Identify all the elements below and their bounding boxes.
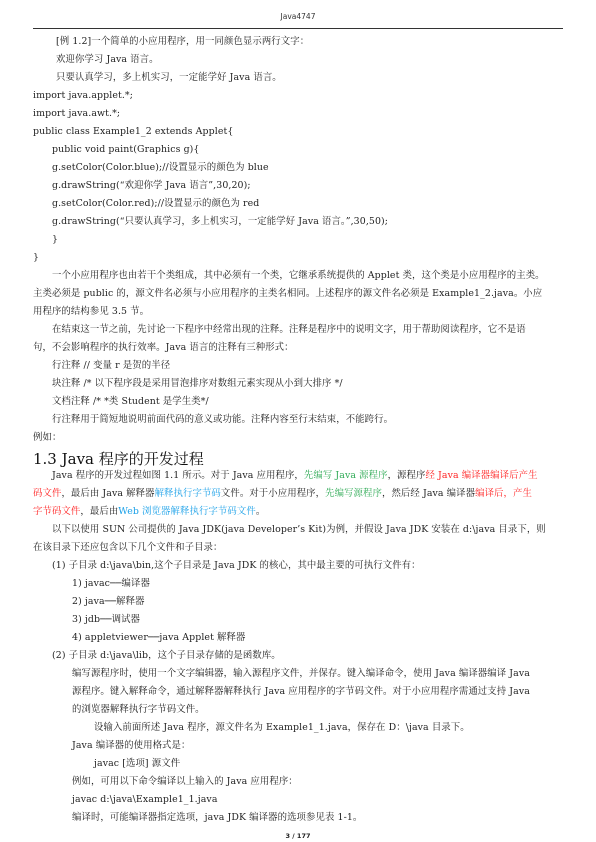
- paragraph-line: 主类必须是 public 的，源文件名必须与小应用程序的主类名相同。上述程序的源…: [33, 288, 542, 300]
- paragraph-line: 设输入前面所述 Java 程序，源文件名为 Example1_1.java，保存…: [94, 722, 470, 734]
- paragraph-line: 例如：: [33, 432, 61, 444]
- comment-example: 块注释 /* 以下程序段是采用冒泡排序对数组元素实现从小到大排序 */: [52, 378, 343, 390]
- code-line: javac [选项] 源文件: [94, 758, 180, 770]
- paragraph-line: 在该目录下还应包含以下几个文件和子目录：: [33, 542, 223, 554]
- page-number: 3 / 177: [0, 832, 596, 840]
- highlight-red: 经 Java 编译器编译后产生: [425, 470, 537, 481]
- list-item: 1) javac──编译器: [72, 578, 150, 590]
- comment-example: 行注释 // 变量 r 是贺的半径: [52, 360, 170, 372]
- code-line: g.drawString(“只要认真学习，多上机实习，一定能学好 Java 语言…: [52, 216, 388, 228]
- paragraph-line: 行注释用于简短地说明前面代码的意义或功能。注释内容至行末结束，不能跨行。: [52, 414, 393, 426]
- comment-example: 文档注释 /* *类 Student 是学生类*/: [52, 396, 209, 408]
- code-line: g.setColor(Color.blue);//设置显示的颜色为 blue: [52, 162, 269, 174]
- highlight-green: 先编写 Java 源程序: [304, 470, 388, 481]
- paragraph-line: 在结束这一节之前，先讨论一下程序中经常出现的注释。注释是程序中的说明文字，用于帮…: [52, 324, 526, 336]
- page-header-title: Java4747: [0, 12, 596, 21]
- highlight-red: 码文件: [33, 488, 61, 499]
- highlight-red: 编译后，产生: [475, 488, 532, 499]
- section-heading: 1.3 Java 程序的开发过程: [33, 448, 204, 469]
- paragraph-line: 码文件，最后由 Java 解释器解释执行字节码文件。对于小应用程序，先编写源程序…: [33, 488, 532, 500]
- header-rule: [33, 28, 563, 29]
- paragraph-line: Java 程序的开发过程如图 1.1 所示。对于 Java 应用程序，先编写 J…: [52, 470, 538, 482]
- paragraph-line: 用程序的结构参见 3.5 节。: [33, 306, 149, 318]
- text: Java 程序的开发过程如图 1.1 所示。对于 Java 应用程序，: [52, 470, 304, 481]
- code-line: }: [33, 252, 39, 264]
- text: ，最后由 Java 解释器: [61, 488, 154, 499]
- example-caption: [例 1.2]一个简单的小应用程序，用一同颜色显示两行文字：: [56, 36, 309, 48]
- highlight-green: 先编写源程序: [325, 488, 382, 499]
- list-item: (2) 子目录 d:\java\lib，这个子目录存储的是函数库。: [52, 650, 281, 662]
- text: 。: [256, 506, 265, 517]
- paragraph-line: 例如，可用以下命令编译以上输入的 Java 应用程序：: [72, 776, 298, 788]
- paragraph-line: 句，不会影响程序的执行效率。Java 语言的注释有三种形式：: [33, 342, 294, 354]
- paragraph-line: 以下以使用 SUN 公司提供的 Java JDK(java Developer’…: [52, 524, 546, 536]
- paragraph-line: 的浏览器解释执行字节码文件。: [72, 704, 205, 716]
- text: 文件。对于小应用程序，: [221, 488, 325, 499]
- paragraph-line: 源程序。键入解释命令，通过解释器解释执行 Java 应用程序的字节码文件。对于小…: [72, 686, 530, 698]
- highlight-blue: Web 浏览器解释执行字节码文件: [118, 506, 256, 517]
- text-line: 只要认真学习，多上机实习，一定能学好 Java 语言。: [56, 72, 282, 84]
- paragraph-line: 编写源程序时，使用一个文字编辑器，输入源程序文件，并保存。键入编译命令，使用 J…: [72, 668, 530, 680]
- text: ，最后由: [80, 506, 118, 517]
- list-item: 2) java──解释器: [72, 596, 145, 608]
- text: ，然后经 Java 编译器: [382, 488, 475, 499]
- highlight-red: 字节码文件: [33, 506, 80, 517]
- code-line: public void paint(Graphics g){: [52, 144, 200, 156]
- code-line: javac d:\java\Example1_1.java: [72, 794, 218, 806]
- code-line: public class Example1_2 extends Applet{: [33, 126, 233, 138]
- code-line: g.setColor(Color.red);//设置显示的颜色为 red: [52, 198, 259, 210]
- paragraph-line: 字节码文件，最后由Web 浏览器解释执行字节码文件。: [33, 506, 265, 518]
- code-line: import java.applet.*;: [33, 90, 133, 102]
- paragraph-line: 编译时，可能编译器指定选项，java JDK 编译器的选项参见表 1-1。: [72, 812, 362, 824]
- list-item: 3) jdb──调试器: [72, 614, 140, 626]
- paragraph-line: 一个小应用程序也由若干个类组成，其中必须有一个类，它继承系统提供的 Applet…: [52, 270, 545, 282]
- code-line: }: [52, 234, 58, 246]
- list-item: 4) appletviewer──java Applet 解释器: [72, 632, 245, 644]
- paragraph-line: Java 编译器的使用格式是：: [72, 740, 190, 752]
- text: ，源程序: [388, 470, 426, 481]
- code-line: g.drawString(“欢迎你学 Java 语言”,30,20);: [52, 180, 251, 192]
- text-line: 欢迎你学习 Java 语言。: [56, 54, 159, 66]
- list-item: (1) 子目录 d:\java\bin,这个子目录是 Java JDK 的核心，…: [52, 560, 421, 572]
- highlight-blue: 解释执行字节码: [155, 488, 221, 499]
- code-line: import java.awt.*;: [33, 108, 120, 120]
